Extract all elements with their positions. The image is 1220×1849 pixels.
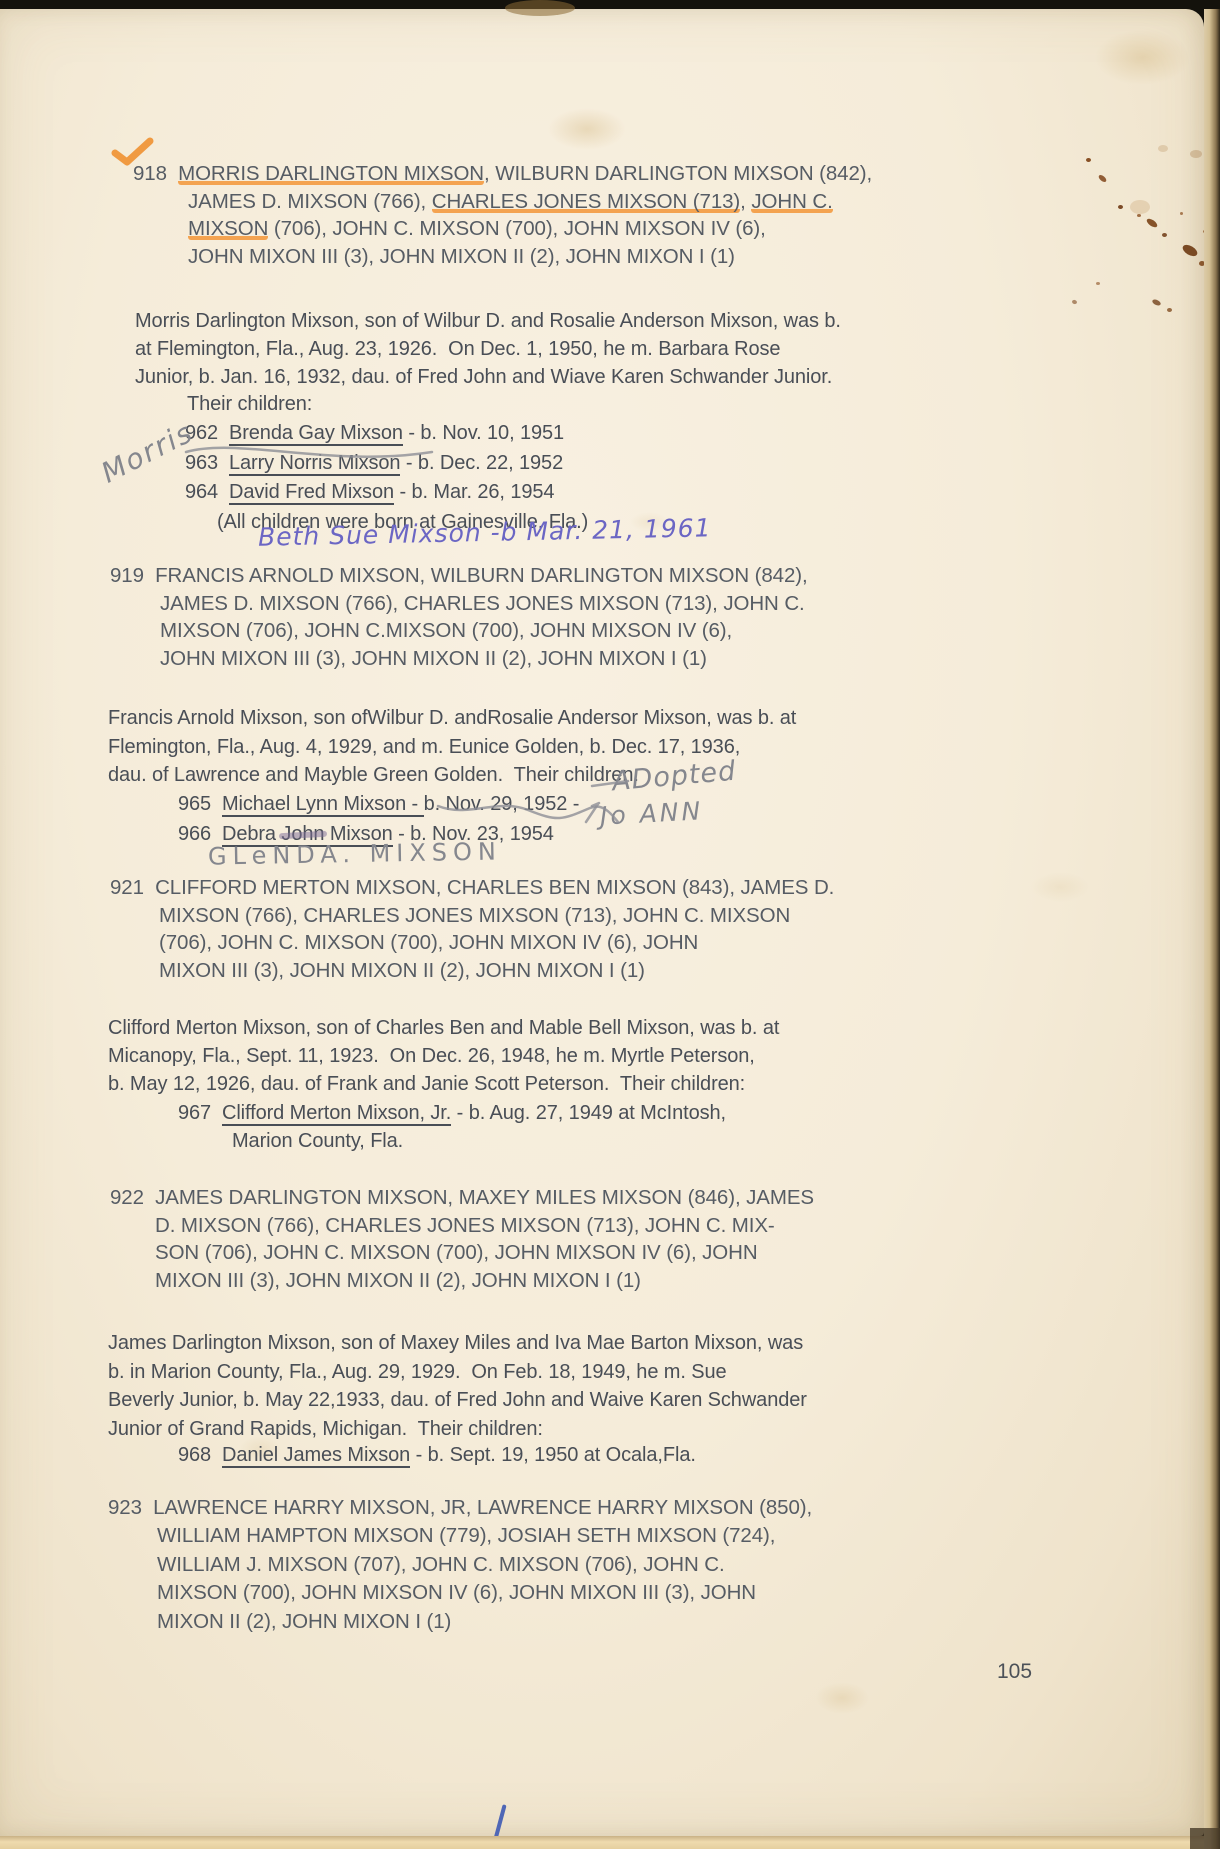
paper-stain [1095, 30, 1190, 85]
text-segment: (706), JOHN C. MIXSON (700), JOHN MIXSON… [268, 217, 765, 240]
text-segment: 965 [178, 793, 222, 815]
page-edge-bottom [0, 1836, 1204, 1849]
text-segment: - b. Dec. 22, 1952 [400, 452, 563, 474]
text-segment: b. in Marion County, Fla., Aug. 29, 1929… [108, 1361, 727, 1383]
text-segment: 964 [185, 481, 229, 503]
text-line: Francis Arnold Mixson, son ofWilbur D. a… [108, 704, 796, 733]
text-segment: 921 CLIFFORD MERTON MIXSON, CHARLES BEN … [110, 876, 834, 899]
text-line: D. MIXSON (766), CHARLES JONES MIXSON (7… [110, 1212, 814, 1240]
text-segment: Micanopy, Fla., Sept. 11, 1923. On Dec. … [108, 1045, 755, 1067]
text-segment: Marion County, Fla. [232, 1130, 403, 1152]
text-line: SON (706), JOHN C. MIXSON (700), JOHN MI… [110, 1239, 814, 1267]
text-segment: JAMES D. MIXSON (766), [188, 190, 432, 213]
text-line: 923 LAWRENCE HARRY MIXSON, JR, LAWRENCE … [108, 1494, 812, 1522]
text-line: MIXSON (700), JOHN MIXSON IV (6), JOHN M… [108, 1579, 812, 1607]
text-segment: - b. Aug. 27, 1949 at McIntosh, [451, 1102, 726, 1124]
text-line: JAMES D. MIXSON (766), CHARLES JONES MIX… [133, 188, 872, 216]
text-segment: - b. Mar. 26, 1954 [394, 481, 554, 503]
text-line: 918 MORRIS DARLINGTON MIXSON, WILBURN DA… [133, 160, 872, 188]
text-line: WILLIAM J. MIXSON (707), JOHN C. MIXSON … [108, 1551, 812, 1579]
text-line: MIXON II (2), JOHN MIXON I (1) [108, 1608, 812, 1636]
text-segment: D. MIXSON (766), CHARLES JONES MIXSON (7… [155, 1214, 775, 1237]
paper-stain [1030, 872, 1090, 902]
text-segment: Beverly Junior, b. May 22,1933, dau. of … [108, 1389, 807, 1411]
entry-922-heading: 922 JAMES DARLINGTON MIXSON, MAXEY MILES… [110, 1184, 814, 1294]
text-segment: at Flemington, Fla., Aug. 23, 1926. On D… [135, 338, 780, 360]
paragraph-morris: Morris Darlington Mixson, son of Wilbur … [135, 308, 841, 419]
text-segment: MIXON III (3), JOHN MIXON II (2), JOHN M… [155, 1269, 641, 1292]
text-line: b. May 12, 1926, dau. of Frank and Janie… [108, 1070, 779, 1098]
paragraph-clifford: Clifford Merton Mixson, son of Charles B… [108, 1014, 779, 1099]
entry-919-heading: 919 FRANCIS ARNOLD MIXSON, WILBURN DARLI… [110, 562, 808, 673]
children-921: 967 Clifford Merton Mixson, Jr. - b. Aug… [178, 1099, 726, 1155]
text-segment: - b. Nov. 10, 1951 [403, 422, 564, 444]
text-segment: JOHN C. [751, 190, 832, 213]
ink-stain [1086, 158, 1091, 162]
corner-shadow [1190, 1828, 1220, 1849]
text-segment: Junior, b. Jan. 16, 1932, dau. of Fred J… [135, 366, 832, 388]
text-segment: CHARLES JONES MIXSON (713) [432, 190, 740, 213]
text-segment: 923 LAWRENCE HARRY MIXSON, JR, LAWRENCE … [108, 1496, 812, 1519]
text-line: 968 Daniel James Mixson - b. Sept. 19, 1… [178, 1441, 696, 1469]
ink-stain [1130, 200, 1150, 214]
text-line: 921 CLIFFORD MERTON MIXSON, CHARLES BEN … [110, 874, 834, 902]
annotation-jo-ann: Jo ANN [599, 796, 704, 830]
text-line: Junior, b. Jan. 16, 1932, dau. of Fred J… [135, 364, 841, 392]
entry-921-heading: 921 CLIFFORD MERTON MIXSON, CHARLES BEN … [110, 874, 834, 984]
text-line: at Flemington, Fla., Aug. 23, 1926. On D… [135, 336, 841, 364]
text-segment: 919 FRANCIS ARNOLD MIXSON, WILBURN DARLI… [110, 564, 808, 587]
text-segment: David Fred Mixson [229, 481, 394, 505]
text-segment: MIXON II (2), JOHN MIXON I (1) [157, 1610, 451, 1633]
text-line: 963 Larry Norris Mixson - b. Dec. 22, 19… [185, 449, 588, 479]
ink-stain [1137, 214, 1141, 217]
ink-stain [1190, 150, 1202, 158]
text-line: James Darlington Mixson, son of Maxey Mi… [108, 1329, 807, 1358]
text-line: 964 David Fred Mixson - b. Mar. 26, 1954 [185, 478, 588, 508]
text-line: MIXON III (3), JOHN MIXON II (2), JOHN M… [110, 957, 834, 985]
text-line: JOHN MIXON III (3), JOHN MIXON II (2), J… [110, 645, 808, 673]
ink-stain [1162, 233, 1167, 237]
ink-stain [1167, 308, 1172, 312]
text-segment: MIXON III (3), JOHN MIXON II (2), JOHN M… [159, 959, 645, 982]
text-segment: JOHN MIXON III (3), JOHN MIXON II (2), J… [188, 245, 735, 268]
text-segment: Larry Norris Mixson [229, 452, 400, 476]
text-line: Marion County, Fla. [178, 1127, 726, 1155]
text-line: JAMES D. MIXSON (766), CHARLES JONES MIX… [110, 590, 808, 618]
text-segment: Daniel James Mixson [222, 1444, 410, 1468]
text-segment: Junior of Grand Rapids, Michigan. Their … [108, 1418, 543, 1440]
ink-stain [1096, 282, 1100, 285]
text-segment: MIXSON (706), JOHN C.MIXSON (700), JOHN … [160, 619, 732, 642]
text-line: 919 FRANCIS ARNOLD MIXSON, WILBURN DARLI… [110, 562, 808, 590]
text-segment: Michael Lynn Mixson - [222, 793, 424, 817]
text-segment: dau. of Lawrence and Mayble Green Golden… [108, 764, 639, 786]
entry-918-heading: 918 MORRIS DARLINGTON MIXSON, WILBURN DA… [133, 160, 872, 270]
text-segment: , [740, 190, 751, 213]
entry-923-heading: 923 LAWRENCE HARRY MIXSON, JR, LAWRENCE … [108, 1494, 812, 1636]
text-line: Flemington, Fla., Aug. 4, 1929, and m. E… [108, 733, 796, 762]
text-segment: Brenda Gay Mixson [229, 422, 403, 446]
ink-stain [1180, 212, 1183, 215]
text-segment: James Darlington Mixson, son of Maxey Mi… [108, 1332, 803, 1354]
text-line: MIXSON (706), JOHN C.MIXSON (700), JOHN … [110, 617, 808, 645]
text-line: b. in Marion County, Fla., Aug. 29, 1929… [108, 1358, 807, 1387]
page-edge-top [0, 0, 1220, 9]
text-line: Their children: [135, 391, 841, 419]
text-line: Clifford Merton Mixson, son of Charles B… [108, 1014, 779, 1042]
text-segment: (706), JOHN C. MIXSON (700), JOHN MIXON … [159, 931, 698, 954]
edge-stain [505, 0, 575, 16]
text-segment: b. May 12, 1926, dau. of Frank and Janie… [108, 1073, 745, 1095]
text-segment: b. Nov. 29, 1952 - [424, 793, 580, 815]
text-segment: 968 [178, 1444, 222, 1466]
text-line: Beverly Junior, b. May 22,1933, dau. of … [108, 1386, 807, 1415]
scanned-page: 918 MORRIS DARLINGTON MIXSON, WILBURN DA… [0, 0, 1220, 1849]
page-number: 105 [997, 1660, 1032, 1684]
text-line: 965 Michael Lynn Mixson - b. Nov. 29, 19… [178, 789, 579, 819]
text-line: 962 Brenda Gay Mixson - b. Nov. 10, 1951 [185, 419, 588, 449]
text-line: (706), JOHN C. MIXSON (700), JOHN MIXON … [110, 929, 834, 957]
text-segment: Clifford Merton Mixson, son of Charles B… [108, 1017, 779, 1039]
text-segment: 967 [178, 1102, 222, 1124]
paper-stain [548, 108, 626, 150]
text-segment: JOHN MIXON III (3), JOHN MIXON II (2), J… [160, 647, 707, 670]
paper-stain [815, 1682, 869, 1714]
text-line: WILLIAM HAMPTON MIXSON (779), JOSIAH SET… [108, 1522, 812, 1550]
text-segment: Clifford Merton Mixson, Jr. [222, 1102, 451, 1126]
text-line: MIXON III (3), JOHN MIXON II (2), JOHN M… [110, 1267, 814, 1295]
text-segment: WILLIAM J. MIXSON (707), JOHN C. MIXSON … [157, 1553, 725, 1576]
text-line: 922 JAMES DARLINGTON MIXSON, MAXEY MILES… [110, 1184, 814, 1212]
text-segment: Their children: [187, 393, 312, 415]
text-segment: Morris Darlington Mixson, son of Wilbur … [135, 310, 841, 332]
text-segment: WILLIAM HAMPTON MIXSON (779), JOSIAH SET… [157, 1524, 775, 1547]
text-segment: JAMES D. MIXSON (766), CHARLES JONES MIX… [160, 592, 805, 615]
children-922: 968 Daniel James Mixson - b. Sept. 19, 1… [178, 1441, 696, 1469]
text-segment: MIXSON (766), CHARLES JONES MIXSON (713)… [159, 904, 790, 927]
text-segment: SON (706), JOHN C. MIXSON (700), JOHN MI… [155, 1241, 758, 1264]
text-segment: 922 JAMES DARLINGTON MIXSON, MAXEY MILES… [110, 1186, 814, 1209]
text-segment: MIXSON (700), JOHN MIXSON IV (6), JOHN M… [157, 1581, 756, 1604]
text-line: Morris Darlington Mixson, son of Wilbur … [135, 308, 841, 336]
text-line: Junior of Grand Rapids, Michigan. Their … [108, 1415, 807, 1444]
text-segment: MORRIS DARLINGTON MIXSON [178, 162, 484, 185]
text-line: 967 Clifford Merton Mixson, Jr. - b. Aug… [178, 1099, 726, 1127]
text-segment: 918 [133, 162, 178, 185]
page-edge-right [1204, 0, 1220, 1849]
text-segment: Flemington, Fla., Aug. 4, 1929, and m. E… [108, 736, 740, 758]
text-segment: - b. Sept. 19, 1950 at Ocala,Fla. [410, 1444, 696, 1466]
text-segment: , WILBURN DARLINGTON MIXSON (842), [484, 162, 872, 185]
text-segment: MIXSON [188, 217, 268, 240]
ink-stain [1118, 205, 1123, 209]
text-line: MIXSON (706), JOHN C. MIXSON (700), JOHN… [133, 215, 872, 243]
annotation-glenda: GLeNDA. MIXSON [208, 837, 502, 870]
paragraph-james: James Darlington Mixson, son of Maxey Mi… [108, 1329, 807, 1443]
text-line: Micanopy, Fla., Sept. 11, 1923. On Dec. … [108, 1042, 779, 1070]
text-line: JOHN MIXON III (3), JOHN MIXON II (2), J… [133, 243, 872, 271]
text-line: MIXSON (766), CHARLES JONES MIXSON (713)… [110, 902, 834, 930]
ink-stain [1158, 145, 1168, 152]
text-segment: 963 [185, 452, 229, 474]
text-segment: Francis Arnold Mixson, son ofWilbur D. a… [108, 707, 796, 729]
